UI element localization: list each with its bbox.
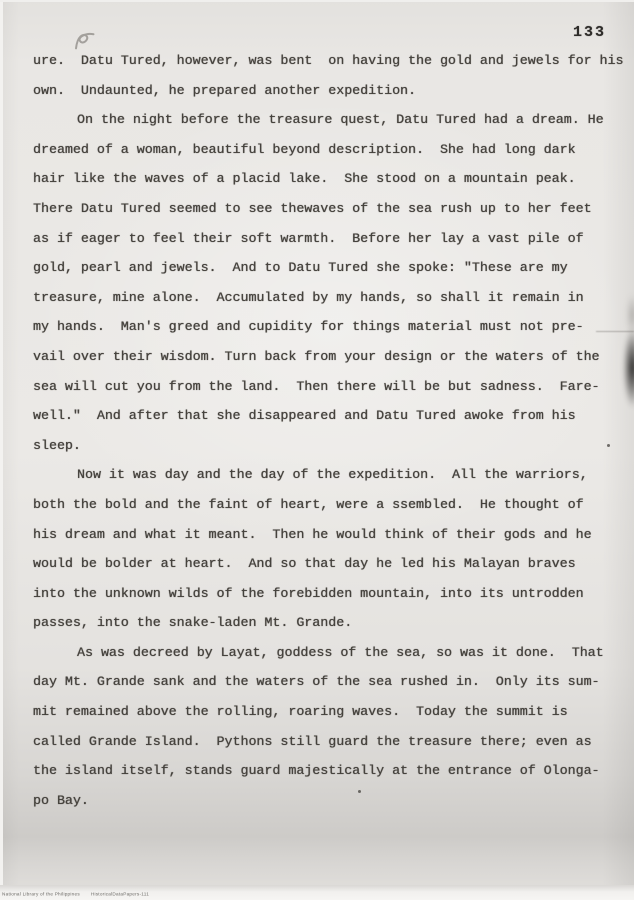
text-line: On the night before the treasure quest, … — [33, 105, 619, 135]
text-line: po Bay. — [33, 786, 619, 816]
text-line: There Datu Tured seemed to see thewaves … — [33, 194, 619, 224]
text-line: mit remained above the rolling, roaring … — [33, 697, 619, 727]
scan-footer-code: HistoricalDataPapers-111 — [91, 892, 149, 897]
text-line: both the bold and the faint of heart, we… — [33, 490, 619, 520]
scan-edge-top — [0, 0, 634, 2]
text-line: my hands. Man's greed and cupidity for t… — [33, 312, 619, 342]
text-line: ure. Datu Tured, however, was bent on ha… — [33, 46, 619, 76]
text-line: hair like the waves of a placid lake. Sh… — [33, 164, 619, 194]
text-line: his dream and what it meant. Then he wou… — [33, 520, 619, 550]
typewritten-text-block: ure. Datu Tured, however, was bent on ha… — [33, 46, 619, 815]
scan-footer-strip: National Library of the PhilippinesHisto… — [0, 885, 634, 900]
text-line: sea will cut you from the land. Then the… — [33, 372, 619, 402]
text-line: As was decreed by Layat, goddess of the … — [33, 638, 619, 668]
scanned-document-page: 133 ure. Datu Tured, however, was bent o… — [0, 0, 634, 900]
text-line: gold, pearl and jewels. And to Datu Ture… — [33, 253, 619, 283]
scan-edge-left — [0, 0, 3, 900]
text-line: passes, into the snake-laden Mt. Grande. — [33, 608, 619, 638]
stray-ink-dot — [358, 790, 361, 793]
scan-artifact-ink-blob — [623, 328, 634, 408]
scan-footer-text: National Library of the PhilippinesHisto… — [2, 892, 149, 897]
text-line: into the unknown wilds of the forebidden… — [33, 579, 619, 609]
library-attribution: National Library of the Philippines — [2, 892, 80, 897]
text-line: called Grande Island. Pythons still guar… — [33, 727, 619, 757]
text-line: own. Undaunted, he prepared another expe… — [33, 76, 619, 106]
text-line: day Mt. Grande sank and the waters of th… — [33, 667, 619, 697]
page-number: 133 — [573, 24, 606, 41]
text-line: the island itself, stands guard majestic… — [33, 756, 619, 786]
text-line: as if eager to feel their soft warmth. B… — [33, 224, 619, 254]
text-line: sleep. — [33, 431, 619, 461]
text-line: vail over their wisdom. Turn back from y… — [33, 342, 619, 372]
text-line: well." And after that she disappeared an… — [33, 401, 619, 431]
scan-artifact-scratch — [596, 331, 634, 332]
stray-ink-dot — [607, 444, 610, 447]
text-line: Now it was day and the day of the expedi… — [33, 460, 619, 490]
text-line: dreamed of a woman, beautiful beyond des… — [33, 135, 619, 165]
text-line: treasure, mine alone. Accumulated by my … — [33, 283, 619, 313]
text-line: would be bolder at heart. And so that da… — [33, 549, 619, 579]
